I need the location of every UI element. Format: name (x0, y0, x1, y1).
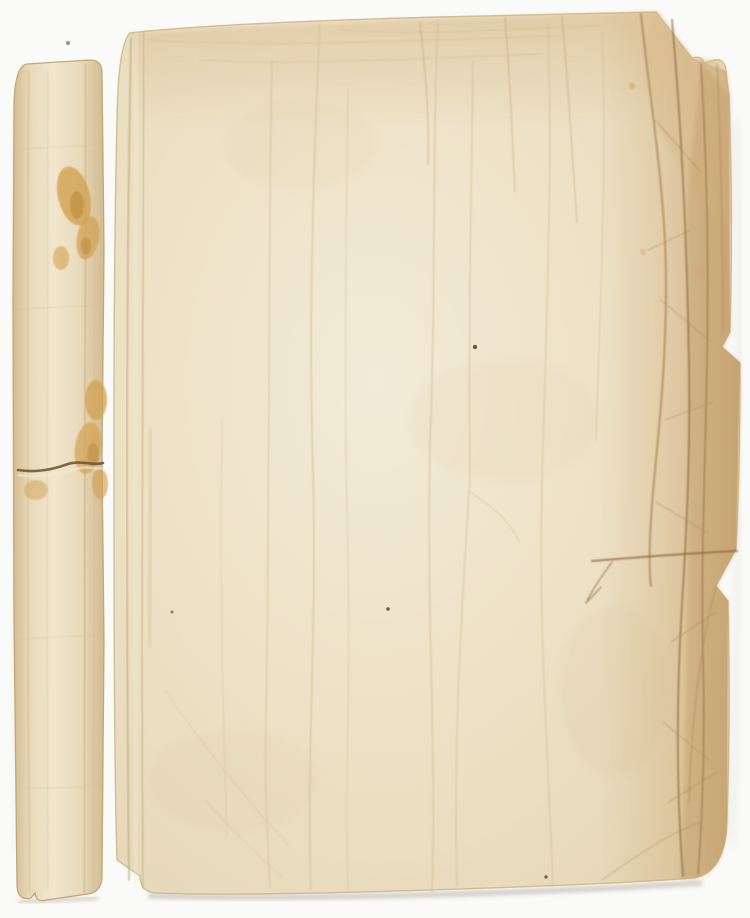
dark-speck (386, 607, 390, 611)
age-stain (150, 730, 320, 830)
dark-speck (473, 345, 477, 349)
dark-speck (171, 611, 174, 614)
glue-stain-core (70, 191, 84, 219)
scanned-photo (0, 0, 750, 918)
freckle-spot (640, 249, 646, 255)
glue-stain (53, 246, 69, 270)
age-stain (410, 360, 600, 480)
glue-stain (85, 380, 107, 420)
freckle-spot (629, 83, 635, 89)
glue-stain (92, 469, 108, 499)
dark-speck (544, 875, 547, 878)
glue-stain (24, 480, 48, 500)
glue-stain-core (81, 237, 91, 255)
dark-speck (66, 41, 70, 45)
freckle-spot (696, 268, 704, 276)
notebook-cover (66, 12, 740, 894)
age-stain (225, 103, 375, 187)
old-paper-cover-scan (0, 0, 750, 918)
hinge-tan-streak (149, 430, 151, 645)
hinge-highlight-band (135, 36, 137, 884)
